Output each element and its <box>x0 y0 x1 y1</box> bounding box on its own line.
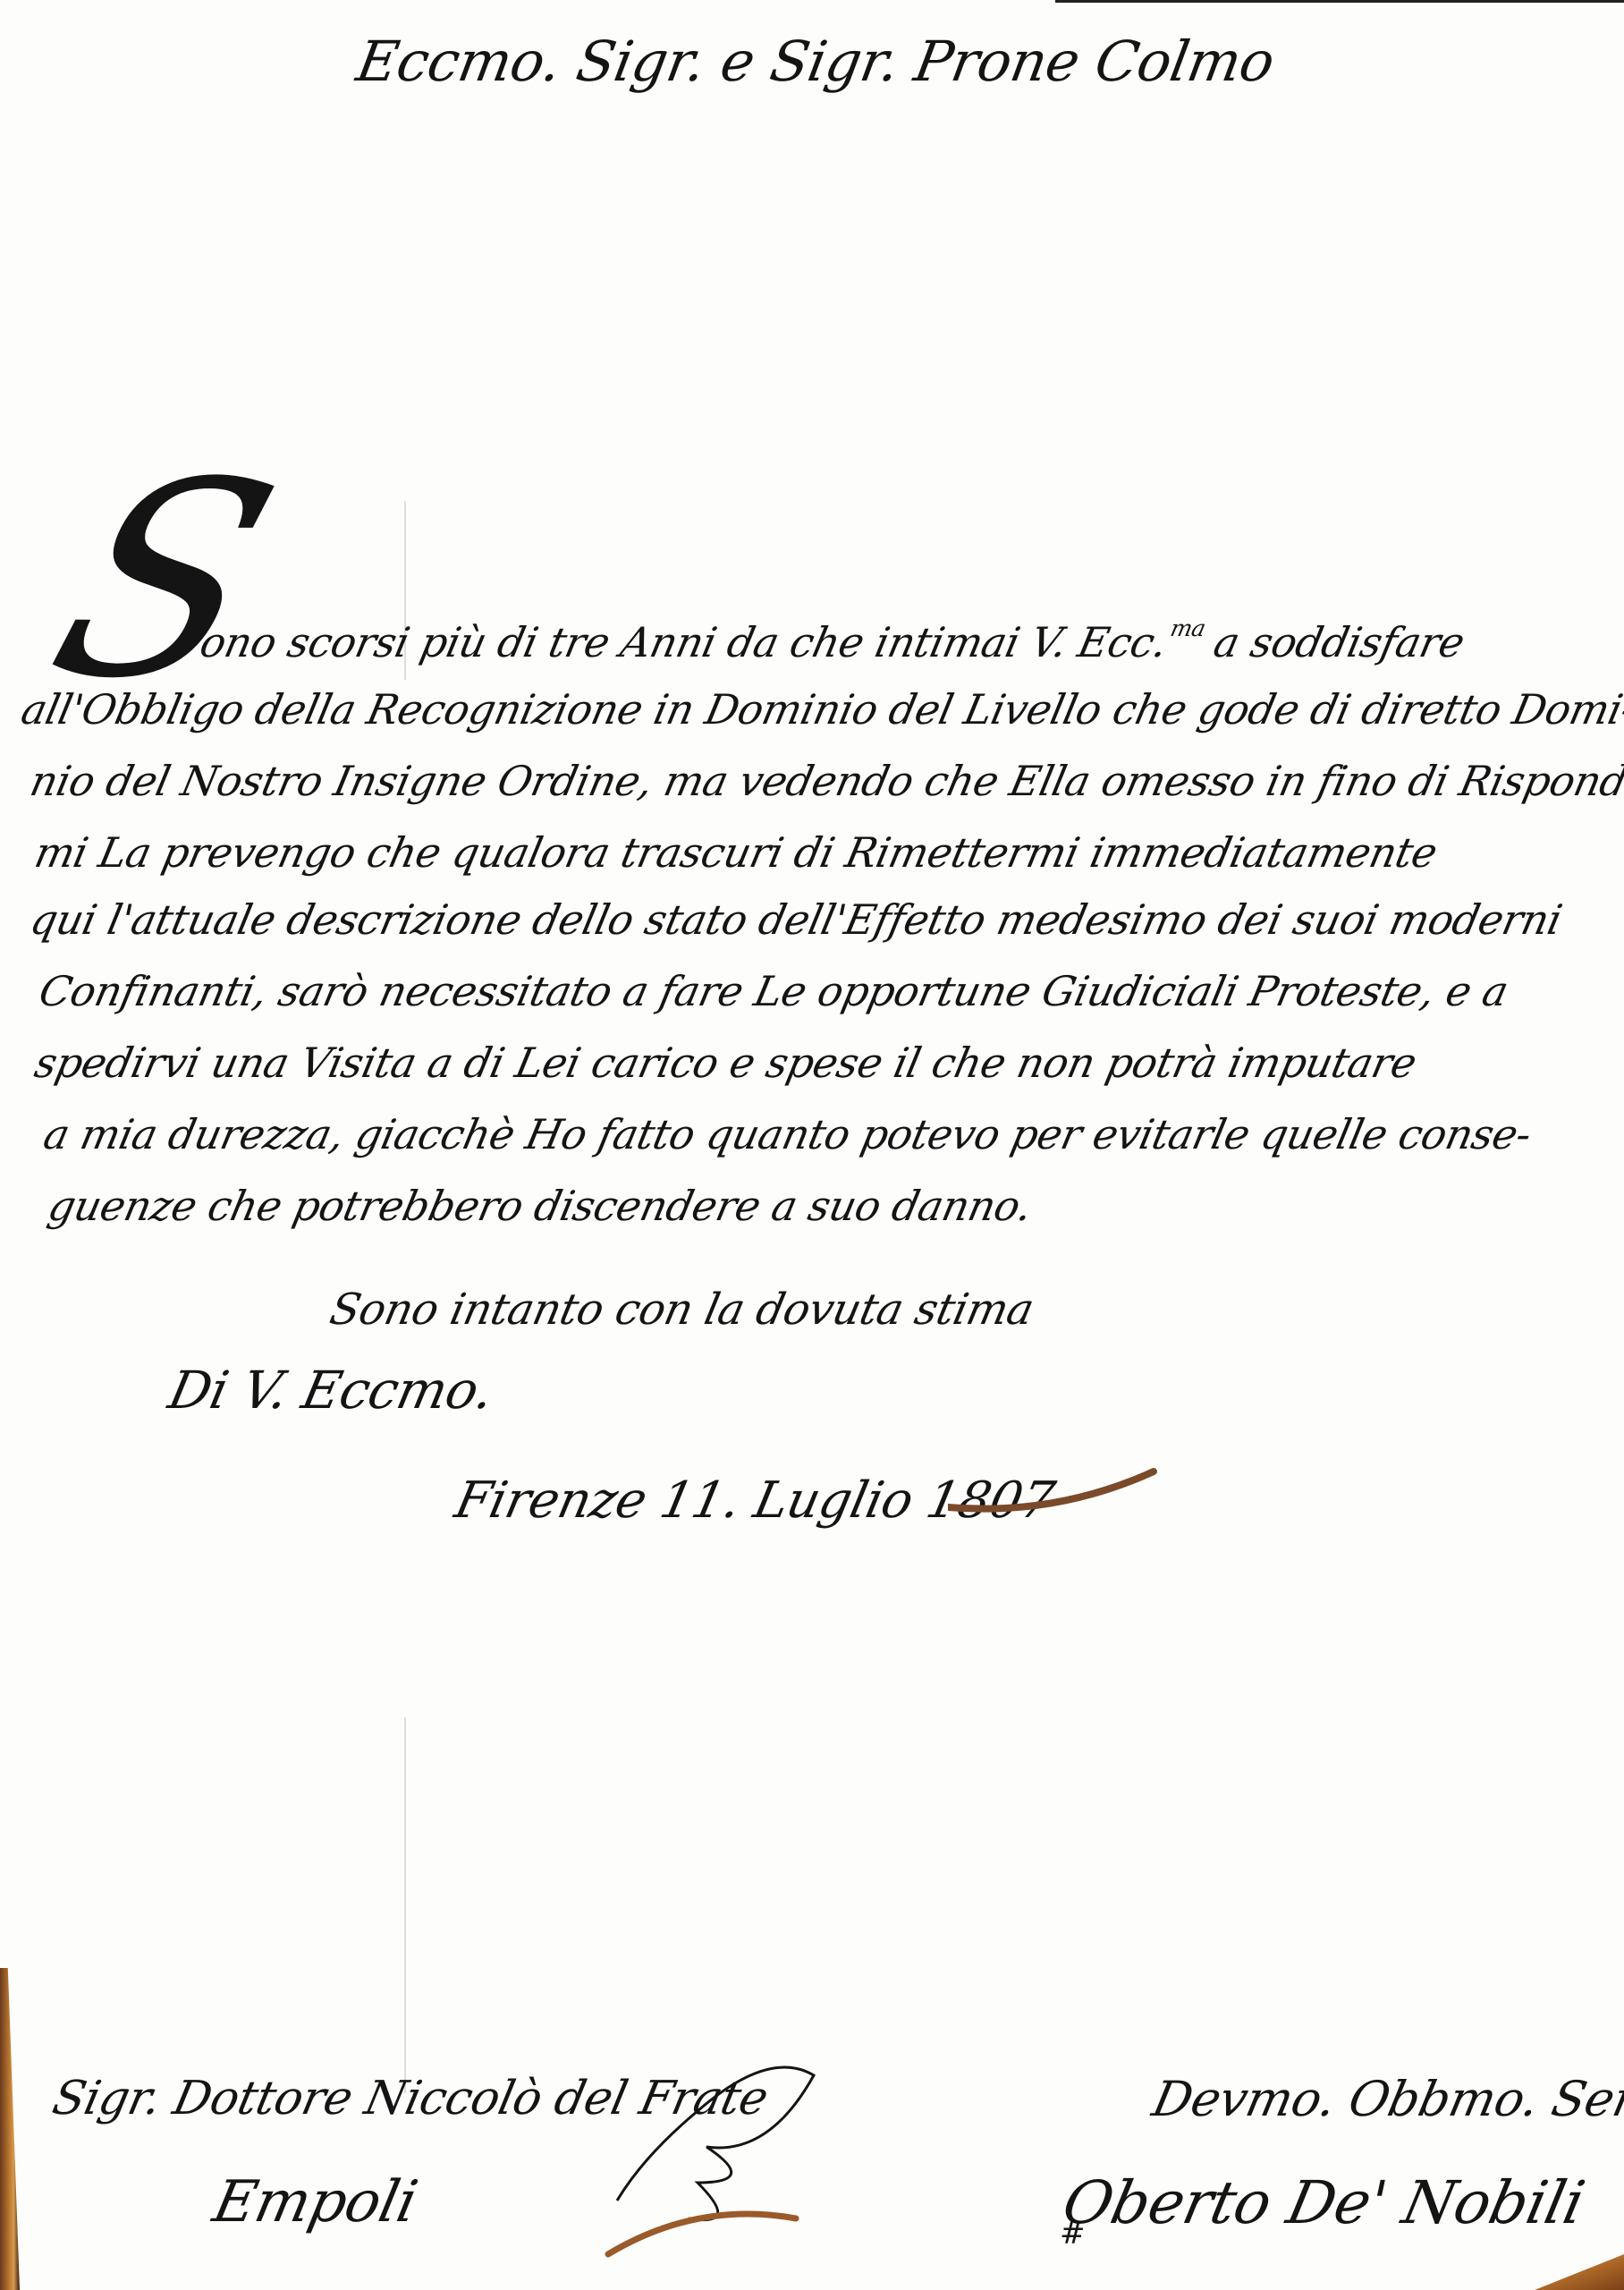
recipient-city: Empoli <box>208 2174 421 2231</box>
paper-damage-corner <box>1535 2254 1624 2290</box>
body-line-text: ono scorsi più di tre Anni da che intima… <box>196 618 1171 666</box>
flourish-stroke-icon <box>948 1467 1163 1521</box>
body-line: spedirvi una Visita a di Lei carico e sp… <box>31 1042 1420 1083</box>
closing-phrase: Sono intanto con la dovuta stima <box>326 1288 1037 1331</box>
paper-damage-left-edge <box>0 1968 20 2290</box>
body-line: ono scorsi più di tre Anni da che intima… <box>197 617 1468 663</box>
flourish-stroke-icon <box>590 2048 823 2263</box>
drop-cap: S <box>28 447 299 716</box>
body-line: all'Obbligo della Recognizione in Domini… <box>18 689 1624 730</box>
body-line: a mia durezza, giacchè Ho fatto quanto p… <box>40 1114 1535 1155</box>
body-line: Confinanti, sarò necessitato a fare Le o… <box>36 971 1511 1012</box>
salutation: Eccmo. Sigr. e Sigr. Prone Colmo <box>353 34 1279 89</box>
signature-complimentary-close: Devmo. Obbmo. Servo <box>1148 2075 1624 2124</box>
letter-page: Eccmo. Sigr. e Sigr. Prone Colmo S ono s… <box>0 0 1624 2290</box>
body-line: nio del Nostro Insigne Ordine, ma vedend… <box>27 760 1624 801</box>
body-line: qui l'attuale descrizione dello stato de… <box>27 899 1565 940</box>
fold-line <box>404 1717 406 2093</box>
body-line: mi La prevengo che qualora trascuri di R… <box>31 832 1441 873</box>
closing-abbreviation: Di V. Eccmo. <box>165 1364 498 1416</box>
page-top-edge <box>1055 0 1624 3</box>
body-line: guenze che potrebbero discendere a suo d… <box>45 1185 1036 1226</box>
signature-name: Oberto De' Nobili <box>1058 2174 1589 2233</box>
body-line-tail: a soddisfare <box>1197 618 1468 666</box>
